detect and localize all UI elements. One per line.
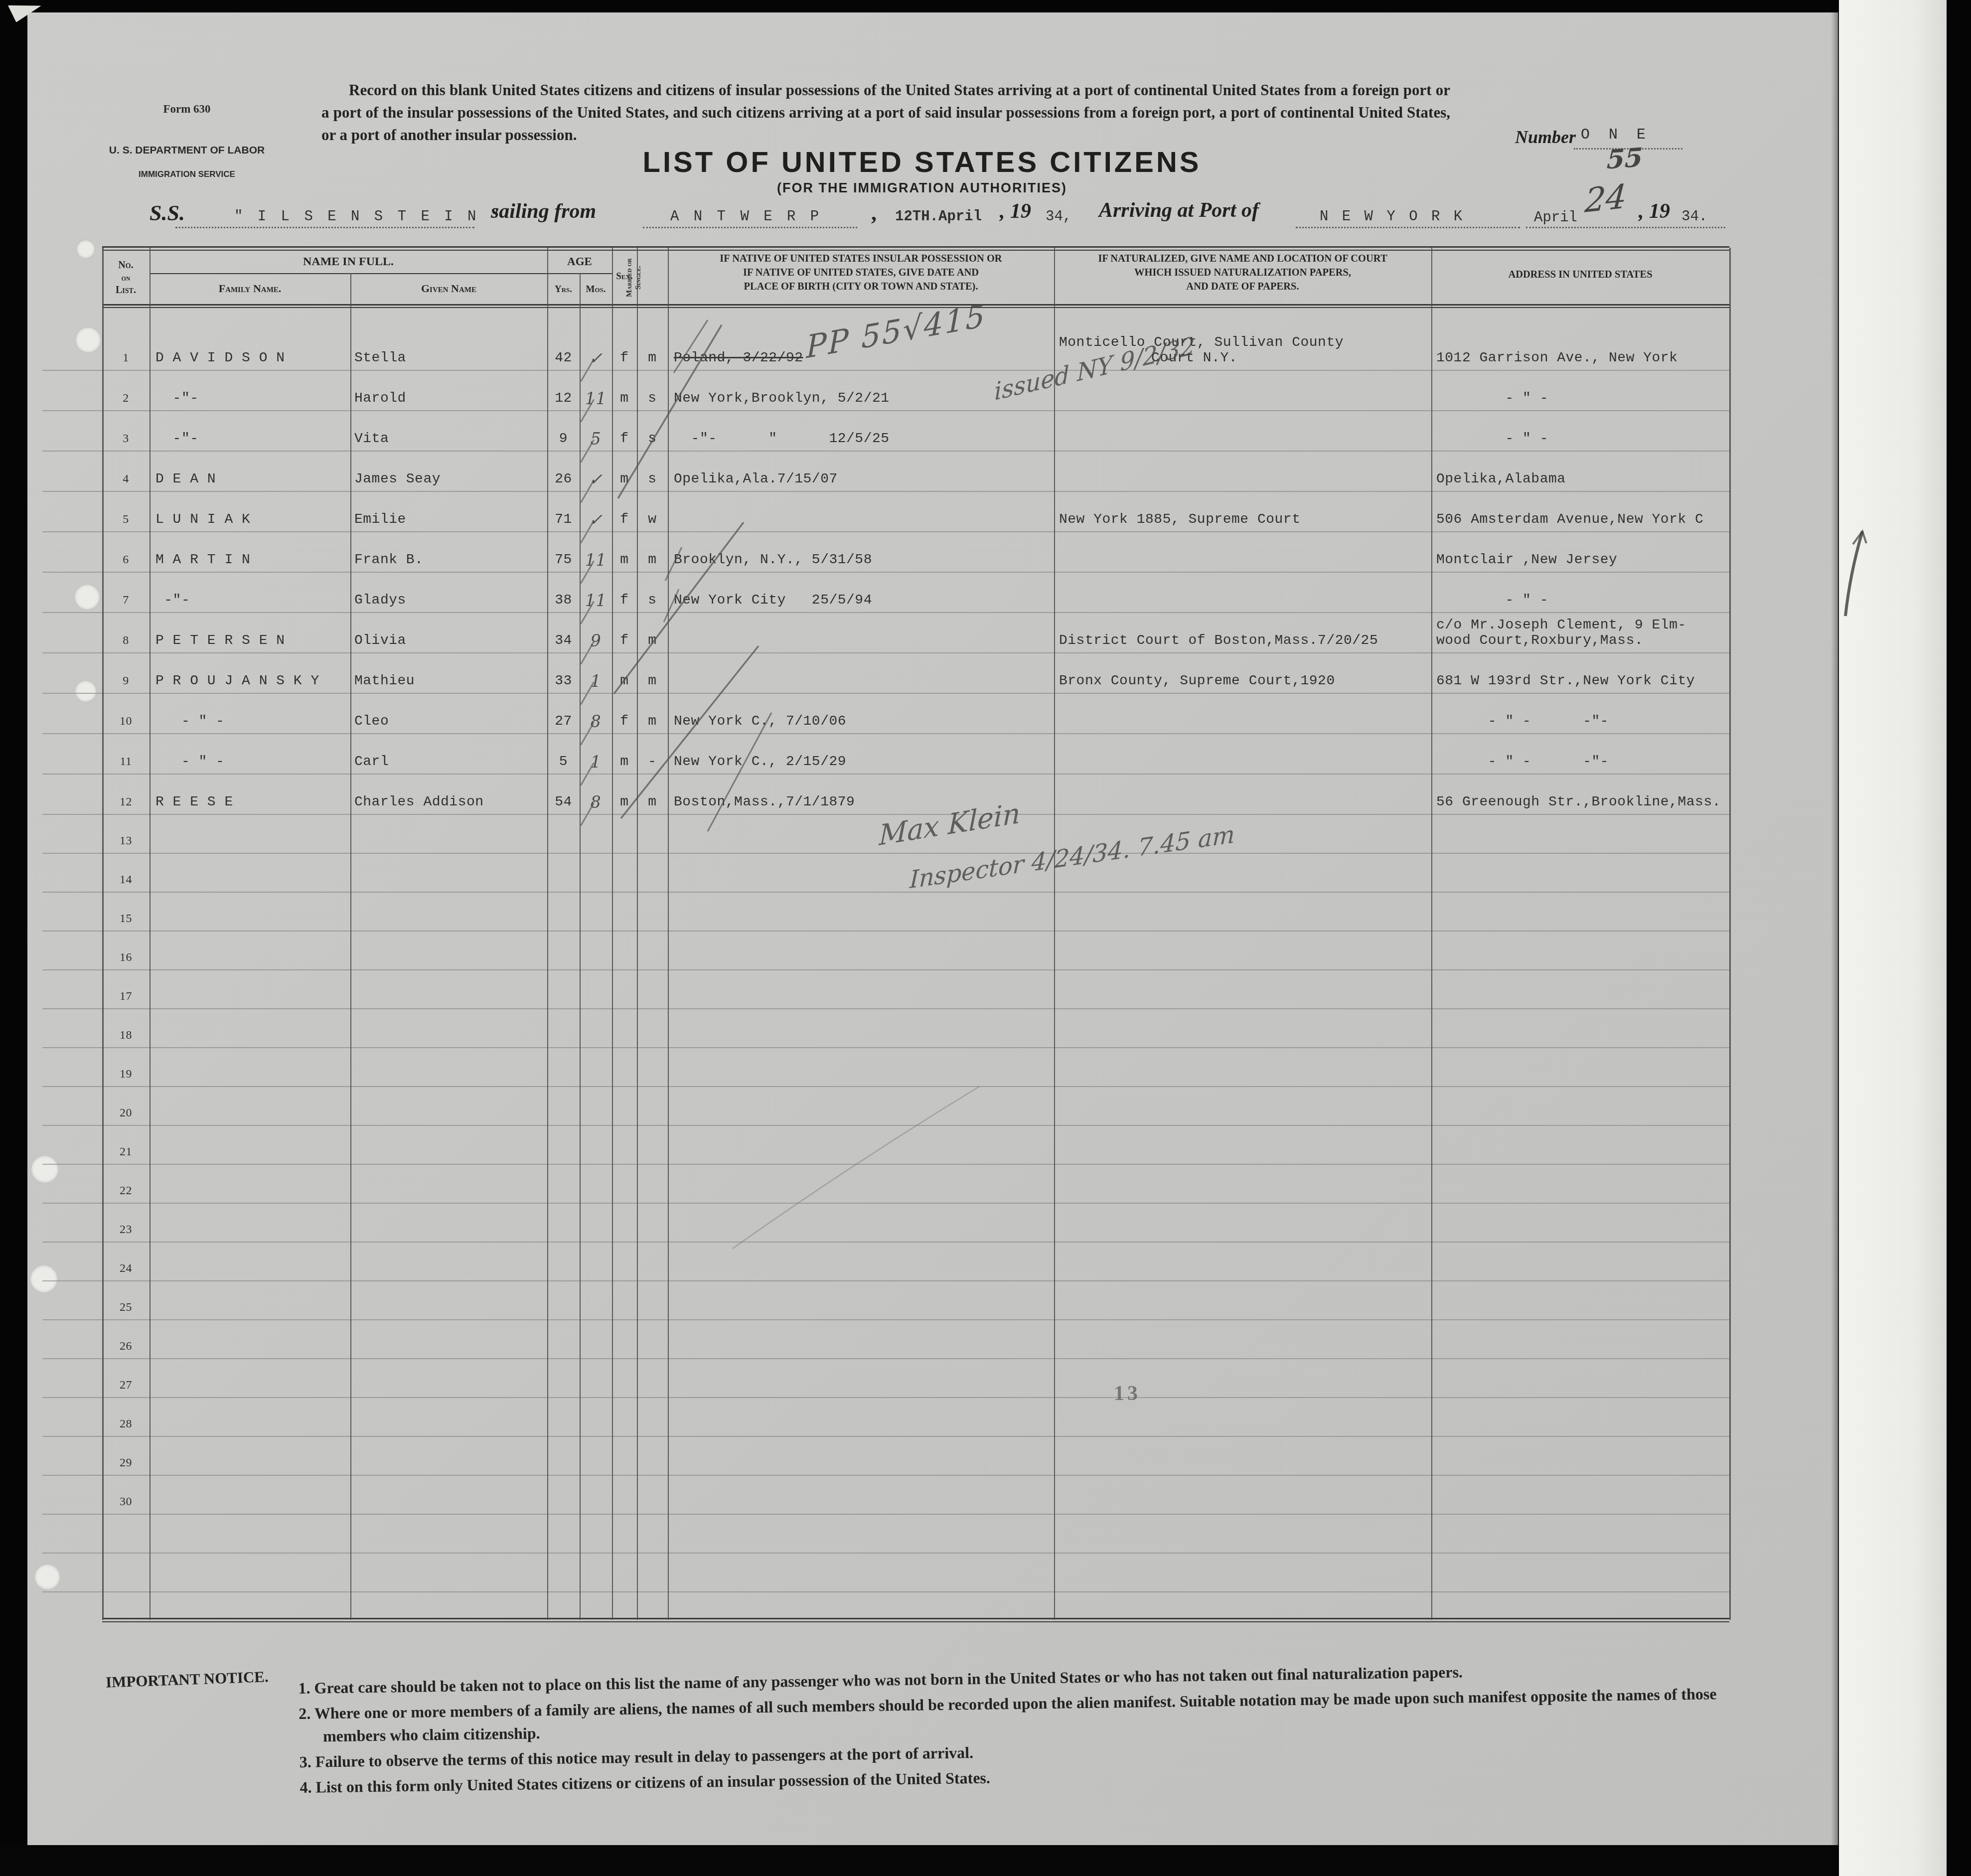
cell-no: 13 <box>102 833 150 849</box>
row-line <box>42 1203 1729 1204</box>
row-line <box>42 1280 1729 1281</box>
cell-no: 14 <box>102 872 150 888</box>
row-line <box>42 1086 1729 1087</box>
col-header-birth-line1: IF NATIVE OF UNITED STATES INSULAR POSSE… <box>668 252 1054 266</box>
cell-no: 15 <box>102 911 150 927</box>
cell-addr-line1: - " - <box>1436 391 1729 406</box>
cell-birth: New York City 25/5/94 <box>674 593 1060 608</box>
cell-family: - " - <box>155 754 356 770</box>
row-line <box>42 1008 1729 1009</box>
cell-no: 18 <box>102 1028 150 1043</box>
cell-sex: f <box>612 593 637 608</box>
cell-mos: ✓ <box>580 350 612 366</box>
cell-married: m <box>637 552 668 568</box>
cell-nat-line1: District Court of Boston,Mass.7/20/25 <box>1059 633 1431 648</box>
cell-nat-line1: New York 1885, Supreme Court <box>1059 512 1431 527</box>
col-header-no-line2: on <box>102 272 150 284</box>
col-header-address: ADDRESS IN UNITED STATES <box>1431 269 1729 281</box>
column-line <box>1431 248 1432 1620</box>
cell-sex: f <box>612 714 637 729</box>
cell-married: m <box>637 794 668 810</box>
table-row: 3 -"-Vita95fs -"- " 12/5/25 - " - <box>102 410 1729 451</box>
table-row: 22 <box>102 1164 1729 1203</box>
sailing-port: A N T W E R P <box>670 208 822 225</box>
cell-married: m <box>637 350 668 366</box>
row-line <box>42 1553 1729 1554</box>
row-line <box>42 814 1729 815</box>
arrival-port: N E W Y O R K <box>1320 208 1465 225</box>
table-border-line <box>102 304 1729 306</box>
number-label: Number <box>1515 127 1576 148</box>
form-number: Form 630 <box>115 103 259 116</box>
cell-family: -"- <box>155 593 356 608</box>
cell-no: 28 <box>102 1416 150 1432</box>
table-row: 27 <box>102 1358 1729 1397</box>
table-row: 17 <box>102 969 1729 1008</box>
cell-no: 9 <box>102 673 150 689</box>
cell-given: Harold <box>354 391 551 406</box>
col-header-nat-line1: IF NATURALIZED, GIVE NAME AND LOCATION O… <box>1054 252 1431 266</box>
row-line <box>42 612 1729 613</box>
cell-yrs: 71 <box>547 512 580 527</box>
cell-no: 26 <box>102 1339 150 1354</box>
cell-addr: Opelika,Alabama <box>1436 471 1729 487</box>
cell-birth: New York C., 7/10/06 <box>674 714 1060 729</box>
row-line <box>42 1164 1729 1165</box>
cell-no: 24 <box>102 1261 150 1276</box>
cell-addr-line1: Montclair ,New Jersey <box>1436 552 1729 568</box>
cell-sex: f <box>612 431 637 447</box>
table-row: 18 <box>102 1008 1729 1047</box>
cell-birth: Brooklyn, N.Y., 5/31/58 <box>674 552 1060 568</box>
sailing-year-printed: , 19 <box>1000 199 1031 223</box>
cell-family: - " - <box>155 714 356 729</box>
cell-given: Mathieu <box>354 673 551 689</box>
arrival-month: April <box>1534 209 1577 226</box>
cell-sex: m <box>612 673 637 689</box>
cell-nat: District Court of Boston,Mass.7/20/25 <box>1059 633 1431 648</box>
table-border-line <box>102 1621 1729 1622</box>
cell-no: 16 <box>102 950 150 965</box>
cell-sex: m <box>612 391 637 406</box>
cell-yrs: 38 <box>547 593 580 608</box>
cell-no: 27 <box>102 1378 150 1393</box>
col-header-mos: Mos. <box>580 284 612 295</box>
row-line <box>42 1242 1729 1243</box>
row-line <box>42 1125 1729 1126</box>
cell-yrs: 9 <box>547 431 580 447</box>
cell-given: Frank B. <box>354 552 551 568</box>
department-name: U. S. DEPARTMENT OF LABOR <box>90 145 284 156</box>
col-header-nat-line2: WHICH ISSUED NATURALIZATION PAPERS, <box>1054 266 1431 280</box>
cell-no: 1 <box>102 350 150 366</box>
cell-addr-line1: c/o Mr.Joseph Clement, 9 Elm- <box>1436 618 1729 633</box>
table-row: 20 <box>102 1086 1729 1125</box>
cell-addr: 506 Amsterdam Avenue,New York C <box>1436 512 1729 527</box>
row-line <box>42 491 1729 492</box>
col-header-no-line3: List. <box>102 284 150 297</box>
cell-family: R E E S E <box>155 794 356 810</box>
cell-given: Cleo <box>354 714 551 729</box>
cell-no: 17 <box>102 989 150 1004</box>
form-instructions: Record on this blank United States citiz… <box>321 79 1450 146</box>
cell-no: 4 <box>102 471 150 487</box>
table-row: 21 <box>102 1125 1729 1164</box>
hole-punch <box>74 680 97 703</box>
cell-family: -"- <box>155 431 356 447</box>
table-row: 23 <box>102 1203 1729 1242</box>
table-row: 28 <box>102 1397 1729 1436</box>
row-line <box>42 652 1729 653</box>
col-header-birth-line2: IF NATIVE OF UNITED STATES, GIVE DATE AN… <box>668 266 1054 280</box>
column-line <box>637 248 638 1620</box>
cell-married: - <box>637 754 668 770</box>
col-header-no-line1: No. <box>102 259 150 272</box>
table-border-line <box>102 250 1729 251</box>
col-header-married-line2: Single. <box>634 250 643 305</box>
cell-married: s <box>637 431 668 447</box>
hole-punch <box>76 239 96 259</box>
cell-addr: 1012 Garrison Ave., New York <box>1436 350 1729 366</box>
cell-family: D A V I D S O N <box>155 350 356 366</box>
number-value: O N E <box>1581 127 1651 144</box>
cell-married: s <box>637 391 668 406</box>
sailing-year-typed: 34, <box>1046 208 1071 225</box>
hole-punch <box>29 1264 58 1293</box>
cell-no: 19 <box>102 1067 150 1082</box>
cell-addr: - " - <box>1436 431 1729 447</box>
cell-mos: 11 <box>580 593 612 608</box>
cell-no: 21 <box>102 1144 150 1160</box>
col-header-nat-line3: AND DATE OF PAPERS. <box>1054 280 1431 294</box>
arrival-date-underline <box>1526 227 1725 228</box>
col-header-given-name: Given Name <box>350 282 547 295</box>
cell-addr-line2: wood Court,Roxbury,Mass. <box>1436 633 1729 648</box>
cell-yrs: 5 <box>547 754 580 770</box>
cell-addr: - " - -"- <box>1436 754 1729 770</box>
cell-sex: m <box>612 552 637 568</box>
table-row: 10 - " -Cleo278fmNew York C., 7/10/06 - … <box>102 693 1729 733</box>
cell-married: s <box>637 471 668 487</box>
cell-no: 25 <box>102 1300 150 1315</box>
cell-addr-line1: 506 Amsterdam Avenue,New York C <box>1436 512 1729 527</box>
arrival-year-typed: 34. <box>1681 208 1707 225</box>
table-row: 4D E A NJames Seay26✓msOpelika,Ala.7/15/… <box>102 451 1729 491</box>
paper-edge-shadow <box>1831 12 1839 1847</box>
cell-sex: m <box>612 754 637 770</box>
row-line <box>42 1397 1729 1398</box>
table-row: 16 <box>102 931 1729 969</box>
cell-given: Carl <box>354 754 551 770</box>
cell-no: 3 <box>102 431 150 447</box>
col-header-married-line1: Married or <box>625 250 634 305</box>
sailing-date: 12TH.April <box>895 208 982 225</box>
cell-addr: c/o Mr.Joseph Clement, 9 Elm-wood Court,… <box>1436 618 1729 648</box>
cell-addr-line1: 1012 Garrison Ave., New York <box>1436 350 1729 366</box>
cell-yrs: 54 <box>547 794 580 810</box>
cell-mos: ✓ <box>580 471 612 487</box>
service-name: IMMIGRATION SERVICE <box>90 169 284 179</box>
cell-family: P R O U J A N S K Y <box>155 673 356 689</box>
cell-no: 20 <box>102 1105 150 1121</box>
cell-no: 7 <box>102 593 150 608</box>
cell-no: 6 <box>102 552 150 568</box>
row-line <box>42 1358 1729 1359</box>
ship-underline <box>175 227 474 228</box>
cell-yrs: 34 <box>547 633 580 648</box>
row-line <box>42 1514 1729 1515</box>
col-header-yrs: Yrs. <box>547 284 580 295</box>
scan-bottom-band <box>0 1845 1839 1876</box>
cell-no: 8 <box>102 633 150 648</box>
ship-name: " I L S E N S T E I N " <box>234 208 502 225</box>
column-line <box>350 273 351 1620</box>
sailing-from-label: sailing from <box>491 199 596 223</box>
cell-addr-line1: Opelika,Alabama <box>1436 471 1729 487</box>
cell-mos: 1 <box>580 673 612 689</box>
column-line <box>102 248 104 1620</box>
col-header-name-in-full: NAME IN FULL. <box>150 255 547 269</box>
table-border-line <box>102 246 1729 248</box>
cell-family: -"- <box>155 391 356 406</box>
cell-birth: -"- " 12/5/25 <box>674 431 1060 447</box>
cell-given: Stella <box>354 350 551 366</box>
row-line <box>42 410 1729 411</box>
cell-family: D E A N <box>155 471 356 487</box>
cell-no: 29 <box>102 1455 150 1471</box>
page-subtitle: (FOR THE IMMIGRATION AUTHORITIES) <box>498 180 1346 196</box>
table-row: 25 <box>102 1280 1729 1319</box>
cell-sex: f <box>612 512 637 527</box>
table-row: 2 -"-Harold1211msNew York,Brooklyn, 5/2/… <box>102 370 1729 410</box>
cell-addr: Montclair ,New Jersey <box>1436 552 1729 568</box>
table-row: 7 -"-Gladys3811fsNew York City 25/5/94 -… <box>102 572 1729 612</box>
arriving-label: Arriving at Port of <box>1099 198 1259 222</box>
cell-married: m <box>637 633 668 648</box>
cell-mos: 9 <box>580 633 612 648</box>
cell-birth: Opelika,Ala.7/15/07 <box>674 471 1060 487</box>
row-line <box>42 1591 1729 1592</box>
row-line <box>42 774 1729 775</box>
ss-label: S.S. <box>150 200 185 226</box>
table-row: 15 <box>102 892 1729 931</box>
table-row: 5L U N I A KEmilie71✓fwNew York 1885, Su… <box>102 491 1729 531</box>
cell-nat: Bronx County, Supreme Court,1920 <box>1059 673 1431 689</box>
cell-addr: 56 Greenough Str.,Brookline,Mass. <box>1436 794 1729 810</box>
table-row: 11 - " -Carl51m-New York C., 2/15/29 - "… <box>102 733 1729 774</box>
table-row: 30 <box>102 1475 1729 1514</box>
cell-yrs: 26 <box>547 471 580 487</box>
cell-no: 22 <box>102 1183 150 1199</box>
cell-mos: 11 <box>580 391 612 406</box>
column-line <box>1729 248 1731 1620</box>
header-split-line <box>150 273 612 274</box>
cell-mos: 5 <box>580 431 612 447</box>
cell-family: M A R T I N <box>155 552 356 568</box>
column-line <box>1054 248 1055 1620</box>
cell-addr: - " - -"- <box>1436 714 1729 729</box>
comma-separator: , <box>871 200 877 226</box>
table-border-line <box>102 1618 1729 1619</box>
cell-no: 12 <box>102 794 150 810</box>
table-row: 29 <box>102 1436 1729 1475</box>
cell-addr-line1: - " - -"- <box>1436 714 1729 729</box>
table-row: 26 <box>102 1319 1729 1358</box>
cell-sex: f <box>612 633 637 648</box>
cell-yrs: 42 <box>547 350 580 366</box>
cell-no: 10 <box>102 714 150 729</box>
table-row: 12R E E S ECharles Addison548mmBoston,Ma… <box>102 774 1729 814</box>
cell-addr-line1: - " - <box>1436 431 1729 447</box>
cell-mos: 8 <box>580 794 612 810</box>
col-header-age: AGE <box>547 255 612 268</box>
row-line <box>42 969 1729 970</box>
col-header-no: No. on List. <box>102 259 150 297</box>
cell-no: 5 <box>102 512 150 527</box>
row-line <box>42 1475 1729 1476</box>
cell-addr-line1: 56 Greenough Str.,Brookline,Mass. <box>1436 794 1729 810</box>
row-line <box>42 931 1729 932</box>
arrival-port-underline <box>1296 227 1520 228</box>
cell-yrs: 12 <box>547 391 580 406</box>
cell-given: James Seay <box>354 471 551 487</box>
next-page-edge <box>1839 0 1947 1876</box>
cell-sex: m <box>612 471 637 487</box>
column-line <box>668 248 669 1620</box>
hole-punch <box>30 1155 59 1184</box>
row-line <box>42 892 1729 893</box>
row-line <box>42 572 1729 573</box>
cell-yrs: 27 <box>547 714 580 729</box>
arrival-day-handwritten: 24 <box>1584 177 1628 220</box>
cell-married: m <box>637 714 668 729</box>
col-header-family-name: Family Name. <box>150 282 350 295</box>
column-line <box>150 248 151 1620</box>
column-line <box>612 248 613 1620</box>
hole-punch <box>75 326 102 353</box>
cell-sex: m <box>612 794 637 810</box>
notice-items: 1. Great care should be taken not to pla… <box>298 1657 1725 1801</box>
cell-mos: 1 <box>580 754 612 770</box>
number-handwritten: 55 <box>1606 142 1643 175</box>
cell-mos: 8 <box>580 714 612 729</box>
cell-birth: New York C., 2/15/29 <box>674 754 1060 770</box>
cell-married: m <box>637 673 668 689</box>
table-row: 24 <box>102 1242 1729 1280</box>
cell-nat-line1: Bronx County, Supreme Court,1920 <box>1059 673 1431 689</box>
row-line <box>42 733 1729 734</box>
cell-no: 23 <box>102 1222 150 1238</box>
table-row: 19 <box>102 1047 1729 1086</box>
table-row: 9P R O U J A N S K YMathieu331mmBronx Co… <box>102 652 1729 693</box>
cell-married: w <box>637 512 668 527</box>
page-stamp: 13 <box>1114 1382 1141 1406</box>
row-line <box>42 451 1729 452</box>
cell-given: Vita <box>354 431 551 447</box>
cell-addr: - " - <box>1436 593 1729 608</box>
cell-given: Olivia <box>354 633 551 648</box>
arrival-year-printed: , 19 <box>1639 199 1670 223</box>
row-line <box>42 693 1729 694</box>
port-underline <box>643 227 857 228</box>
table-border-line <box>102 307 1729 308</box>
row-line <box>42 1319 1729 1320</box>
cell-family: L U N I A K <box>155 512 356 527</box>
cell-mos: 11 <box>580 552 612 568</box>
cell-married: s <box>637 593 668 608</box>
column-line <box>580 273 581 1620</box>
table-row: 8P E T E R S E NOlivia349fmDistrict Cour… <box>102 612 1729 652</box>
scanned-manifest-page: Form 630 U. S. DEPARTMENT OF LABOR IMMIG… <box>0 0 1971 1876</box>
col-header-birth-line3: PLACE OF BIRTH (CITY OR TOWN AND STATE). <box>668 280 1054 294</box>
column-line <box>547 248 548 1620</box>
row-line <box>42 531 1729 532</box>
hole-punch <box>74 584 101 611</box>
col-header-naturalized: IF NATURALIZED, GIVE NAME AND LOCATION O… <box>1054 252 1431 294</box>
cell-sex: f <box>612 350 637 366</box>
cell-addr-line1: 681 W 193rd Str.,New York City <box>1436 673 1729 689</box>
cell-no: 30 <box>102 1494 150 1510</box>
cell-nat-line1: Monticello Court, Sullivan County <box>1059 335 1431 350</box>
cell-family: P E T E R S E N <box>155 633 356 648</box>
row-line <box>42 370 1729 371</box>
cell-addr: - " - <box>1436 391 1729 406</box>
cell-addr-line1: - " - -"- <box>1436 754 1729 770</box>
hole-punch <box>34 1563 61 1590</box>
cell-no: 2 <box>102 391 150 406</box>
cell-addr: 681 W 193rd Str.,New York City <box>1436 673 1729 689</box>
cell-yrs: 33 <box>547 673 580 689</box>
cell-addr-line1: - " - <box>1436 593 1729 608</box>
cell-nat: New York 1885, Supreme Court <box>1059 512 1431 527</box>
row-line <box>42 1436 1729 1437</box>
cell-mos: ✓ <box>580 512 612 527</box>
cell-given: Emilie <box>354 512 551 527</box>
table-row: 6M A R T I NFrank B.7511mmBrooklyn, N.Y.… <box>102 531 1729 572</box>
row-line <box>42 1047 1729 1048</box>
cell-given: Charles Addison <box>354 794 551 810</box>
row-line <box>42 853 1729 854</box>
cell-no: 11 <box>102 754 150 770</box>
cell-given: Gladys <box>354 593 551 608</box>
cell-yrs: 75 <box>547 552 580 568</box>
col-header-birth: IF NATIVE OF UNITED STATES INSULAR POSSE… <box>668 252 1054 294</box>
page-title: LIST OF UNITED STATES CITIZENS <box>498 146 1346 179</box>
